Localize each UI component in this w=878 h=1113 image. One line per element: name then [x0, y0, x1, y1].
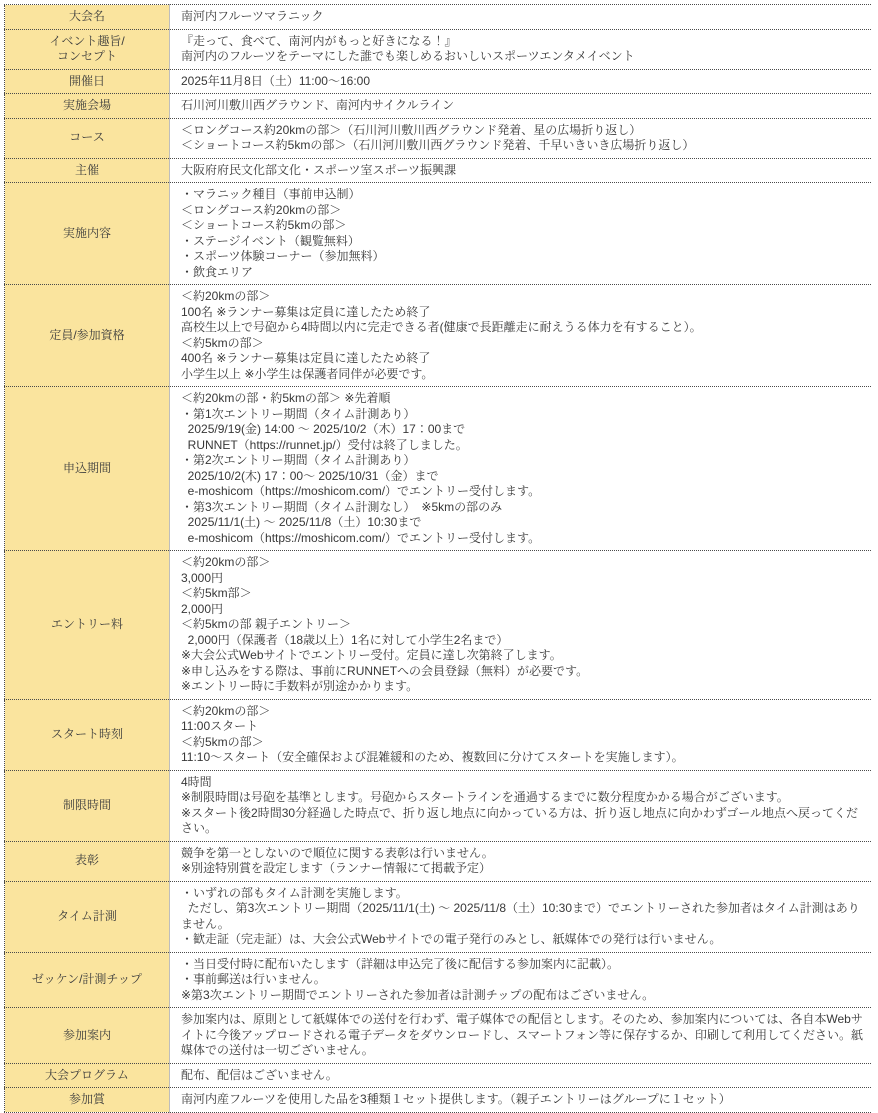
- content-line: ・当日受付時に配布いたします（詳細は申込完了後に配信する参加案内に記載）。: [181, 957, 863, 973]
- content-line: 南河内産フルーツを使用した品を3種類１セット提供します。（親子エントリーはグルー…: [181, 1092, 863, 1108]
- table-row: 制限時間4時間※制限時間は号砲を基準とします。号砲からスタートラインを通過するま…: [5, 770, 872, 841]
- content-line: 大阪府府民文化部文化・スポーツ室スポーツ振興課: [181, 163, 863, 179]
- row-content: ＜約20kmの部・約5kmの部＞ ※先着順・第1次エントリー期間（タイム計測あり…: [170, 387, 872, 551]
- row-content: 競争を第一としないので順位に関する表彰は行いません。※別途特別賞を設定します（ラ…: [170, 841, 872, 881]
- row-content: 南河内産フルーツを使用した品を3種類１セット提供します。（親子エントリーはグルー…: [170, 1088, 872, 1113]
- content-line: 4時間: [181, 775, 863, 791]
- row-content: 石川河川敷川西グラウンド、南河内サイクルライン: [170, 94, 872, 119]
- row-label: 開催日: [5, 69, 170, 94]
- content-line: ＜ロングコース約20kmの部＞: [181, 203, 863, 219]
- content-line: ・スポーツ体験コーナー（参加無料）: [181, 249, 863, 265]
- row-label: エントリー料: [5, 551, 170, 700]
- table-row: 実施会場石川河川敷川西グラウンド、南河内サイクルライン: [5, 94, 872, 119]
- row-content: 大阪府府民文化部文化・スポーツ室スポーツ振興課: [170, 158, 872, 183]
- content-line: 2025/10/2(木) 17：00～ 2025/10/31（金）まで: [181, 469, 863, 485]
- row-label: 参加賞: [5, 1088, 170, 1113]
- row-label: 制限時間: [5, 770, 170, 841]
- content-line: ・いずれの部もタイム計測を実施します。: [181, 886, 863, 902]
- content-line: 2,000円: [181, 602, 863, 618]
- content-line: 2025年11月8日（土）11:00～16:00: [181, 74, 863, 90]
- table-row: 主催大阪府府民文化部文化・スポーツ室スポーツ振興課: [5, 158, 872, 183]
- row-label: 参加案内: [5, 1008, 170, 1064]
- content-line: e-moshicom（https://moshicom.com/）でエントリー受…: [181, 531, 863, 547]
- table-row: コース＜ロングコース約20kmの部＞（石川河川敷川西グラウンド発着、星の広場折り…: [5, 118, 872, 158]
- content-line: ※制限時間は号砲を基準とします。号砲からスタートラインを通過するまでに数分程度か…: [181, 790, 863, 806]
- content-line: 南河内のフルーツをテーマにした誰でも楽しめるおいしいスポーツエンタメイベント: [181, 49, 863, 65]
- row-label: 実施会場: [5, 94, 170, 119]
- table-row: 申込期間＜約20kmの部・約5kmの部＞ ※先着順・第1次エントリー期間（タイム…: [5, 387, 872, 551]
- row-label: 申込期間: [5, 387, 170, 551]
- content-line: ・事前郵送は行いません。: [181, 972, 863, 988]
- content-line: ＜ロングコース約20kmの部＞（石川河川敷川西グラウンド発着、星の広場折り返し）: [181, 123, 863, 139]
- content-line: 参加案内は、原則として紙媒体での送付を行わず、電子媒体での配信とします。そのため…: [181, 1012, 863, 1059]
- content-line: ・歓走証（完走証）は、大会公式Webサイトでの電子発行のみとし、紙媒体での発行は…: [181, 932, 863, 948]
- content-line: ＜約20kmの部＞: [181, 704, 863, 720]
- content-line: ＜約5kmの部＞: [181, 336, 863, 352]
- content-line: 100名 ※ランナー募集は定員に達したため終了: [181, 305, 863, 321]
- row-content: ・当日受付時に配布いたします（詳細は申込完了後に配信する参加案内に記載）。・事前…: [170, 952, 872, 1008]
- row-content: 配布、配信はございません。: [170, 1063, 872, 1088]
- content-line: ＜約5kmの部＞: [181, 735, 863, 751]
- table-row: 表彰競争を第一としないので順位に関する表彰は行いません。※別途特別賞を設定します…: [5, 841, 872, 881]
- row-content: ＜約20kmの部＞3,000円＜約5km部＞2,000円＜約5kmの部 親子エン…: [170, 551, 872, 700]
- table-row: 開催日2025年11月8日（土）11:00～16:00: [5, 69, 872, 94]
- row-label: 定員/参加資格: [5, 285, 170, 387]
- content-line: 『走って、食べて、南河内がもっと好きになる！』: [181, 34, 863, 50]
- row-content: 4時間※制限時間は号砲を基準とします。号砲からスタートラインを通過するまでに数分…: [170, 770, 872, 841]
- row-label: 実施内容: [5, 183, 170, 285]
- content-line: 2,000円（保護者（18歳以上）1名に対して小学生2名まで）: [181, 633, 863, 649]
- row-content: ＜約20kmの部＞11:00スタート＜約5kmの部＞11:10～スタート（安全確…: [170, 699, 872, 770]
- row-label: ゼッケン/計測チップ: [5, 952, 170, 1008]
- content-line: ＜約5km部＞: [181, 586, 863, 602]
- table-row: エントリー料＜約20kmの部＞3,000円＜約5km部＞2,000円＜約5kmの…: [5, 551, 872, 700]
- row-label: スタート時刻: [5, 699, 170, 770]
- row-content: ＜約20kmの部＞100名 ※ランナー募集は定員に達したため終了高校生以上で号砲…: [170, 285, 872, 387]
- table-row: ゼッケン/計測チップ・当日受付時に配布いたします（詳細は申込完了後に配信する参加…: [5, 952, 872, 1008]
- content-line: ・第1次エントリー期間（タイム計測あり）: [181, 407, 863, 423]
- content-line: e-moshicom（https://moshicom.com/）でエントリー受…: [181, 484, 863, 500]
- content-line: ※別途特別賞を設定します（ランナー情報にて掲載予定）: [181, 861, 863, 877]
- content-line: 石川河川敷川西グラウンド、南河内サイクルライン: [181, 98, 863, 114]
- table-row: 大会プログラム配布、配信はございません。: [5, 1063, 872, 1088]
- content-line: 南河内フルーツマラニック: [181, 9, 863, 25]
- row-content: 2025年11月8日（土）11:00～16:00: [170, 69, 872, 94]
- content-line: 3,000円: [181, 571, 863, 587]
- row-content: 南河内フルーツマラニック: [170, 5, 872, 30]
- content-line: 競争を第一としないので順位に関する表彰は行いません。: [181, 846, 863, 862]
- row-label: タイム計測: [5, 881, 170, 952]
- content-line: 配布、配信はございません。: [181, 1068, 863, 1084]
- event-info-page: 大会名南河内フルーツマラニックイベント趣旨/ コンセプト『走って、食べて、南河内…: [0, 0, 878, 1076]
- table-row: 参加賞南河内産フルーツを使用した品を3種類１セット提供します。（親子エントリーは…: [5, 1088, 872, 1113]
- row-label: コース: [5, 118, 170, 158]
- content-line: ※スタート後2時間30分経過した時点で、折り返し地点に向かっている方は、折り返し…: [181, 806, 863, 837]
- table-row: 大会名南河内フルーツマラニック: [5, 5, 872, 30]
- row-label: 表彰: [5, 841, 170, 881]
- content-line: 2025/9/19(金) 14:00 ～ 2025/10/2（木）17：00まで: [181, 422, 863, 438]
- row-content: ・マラニック種目（事前申込制）＜ロングコース約20kmの部＞＜ショートコース約5…: [170, 183, 872, 285]
- content-line: ・第2次エントリー期間（タイム計測あり）: [181, 453, 863, 469]
- content-line: 小学生以上 ※小学生は保護者同伴が必要です。: [181, 367, 863, 383]
- table-row: スタート時刻＜約20kmの部＞11:00スタート＜約5kmの部＞11:10～スタ…: [5, 699, 872, 770]
- content-line: ＜約20kmの部・約5kmの部＞ ※先着順: [181, 391, 863, 407]
- event-info-table-body: 大会名南河内フルーツマラニックイベント趣旨/ コンセプト『走って、食べて、南河内…: [5, 5, 872, 1113]
- content-line: ただし、第3次エントリー期間（2025/11/1(土) ～ 2025/11/8（…: [181, 901, 863, 932]
- table-row: イベント趣旨/ コンセプト『走って、食べて、南河内がもっと好きになる！』南河内の…: [5, 29, 872, 69]
- content-line: 11:00スタート: [181, 719, 863, 735]
- row-content: ・いずれの部もタイム計測を実施します。 ただし、第3次エントリー期間（2025/…: [170, 881, 872, 952]
- content-line: ＜ショートコース約5kmの部＞（石川河川敷川西グラウンド発着、千早いきいき広場折…: [181, 138, 863, 154]
- table-row: 定員/参加資格＜約20kmの部＞100名 ※ランナー募集は定員に達したため終了高…: [5, 285, 872, 387]
- content-line: ※大会公式Webサイトでエントリー受付。定員に達し次第終了します。: [181, 648, 863, 664]
- row-label: 主催: [5, 158, 170, 183]
- content-line: ・マラニック種目（事前申込制）: [181, 187, 863, 203]
- content-line: ・飲食エリア: [181, 265, 863, 281]
- content-line: ＜約5kmの部 親子エントリー＞: [181, 617, 863, 633]
- event-info-table: 大会名南河内フルーツマラニックイベント趣旨/ コンセプト『走って、食べて、南河内…: [4, 4, 871, 1113]
- row-label: 大会名: [5, 5, 170, 30]
- row-content: 参加案内は、原則として紙媒体での送付を行わず、電子媒体での配信とします。そのため…: [170, 1008, 872, 1064]
- row-content: ＜ロングコース約20kmの部＞（石川河川敷川西グラウンド発着、星の広場折り返し）…: [170, 118, 872, 158]
- content-line: ・ステージイベント（観覧無料）: [181, 234, 863, 250]
- row-label: イベント趣旨/ コンセプト: [5, 29, 170, 69]
- content-line: ＜約20kmの部＞: [181, 289, 863, 305]
- content-line: ＜約20kmの部＞: [181, 555, 863, 571]
- content-line: RUNNET（https://runnet.jp/）受付は終了しました。: [181, 438, 863, 454]
- row-label: 大会プログラム: [5, 1063, 170, 1088]
- row-content: 『走って、食べて、南河内がもっと好きになる！』南河内のフルーツをテーマにした誰で…: [170, 29, 872, 69]
- table-row: タイム計測・いずれの部もタイム計測を実施します。 ただし、第3次エントリー期間（…: [5, 881, 872, 952]
- table-row: 参加案内参加案内は、原則として紙媒体での送付を行わず、電子媒体での配信とします。…: [5, 1008, 872, 1064]
- content-line: ・第3次エントリー期間（タイム計測なし） ※5kmの部のみ: [181, 500, 863, 516]
- content-line: 400名 ※ランナー募集は定員に達したため終了: [181, 351, 863, 367]
- table-row: 実施内容・マラニック種目（事前申込制）＜ロングコース約20kmの部＞＜ショートコ…: [5, 183, 872, 285]
- content-line: ＜ショートコース約5kmの部＞: [181, 218, 863, 234]
- content-line: 高校生以上で号砲から4時間以内に完走できる者(健康で長距離走に耐えうる体力を有す…: [181, 320, 863, 336]
- content-line: ※第3次エントリー期間でエントリーされた参加者は計測チップの配布はございません。: [181, 988, 863, 1004]
- content-line: ※エントリー時に手数料が別途かかります。: [181, 679, 863, 695]
- content-line: ※申し込みをする際は、事前にRUNNETへの会員登録（無料）が必要です。: [181, 664, 863, 680]
- content-line: 11:10～スタート（安全確保および混雑緩和のため、複数回に分けてスタートを実施…: [181, 750, 863, 766]
- content-line: 2025/11/1(土) ～ 2025/11/8（土）10:30まで: [181, 515, 863, 531]
